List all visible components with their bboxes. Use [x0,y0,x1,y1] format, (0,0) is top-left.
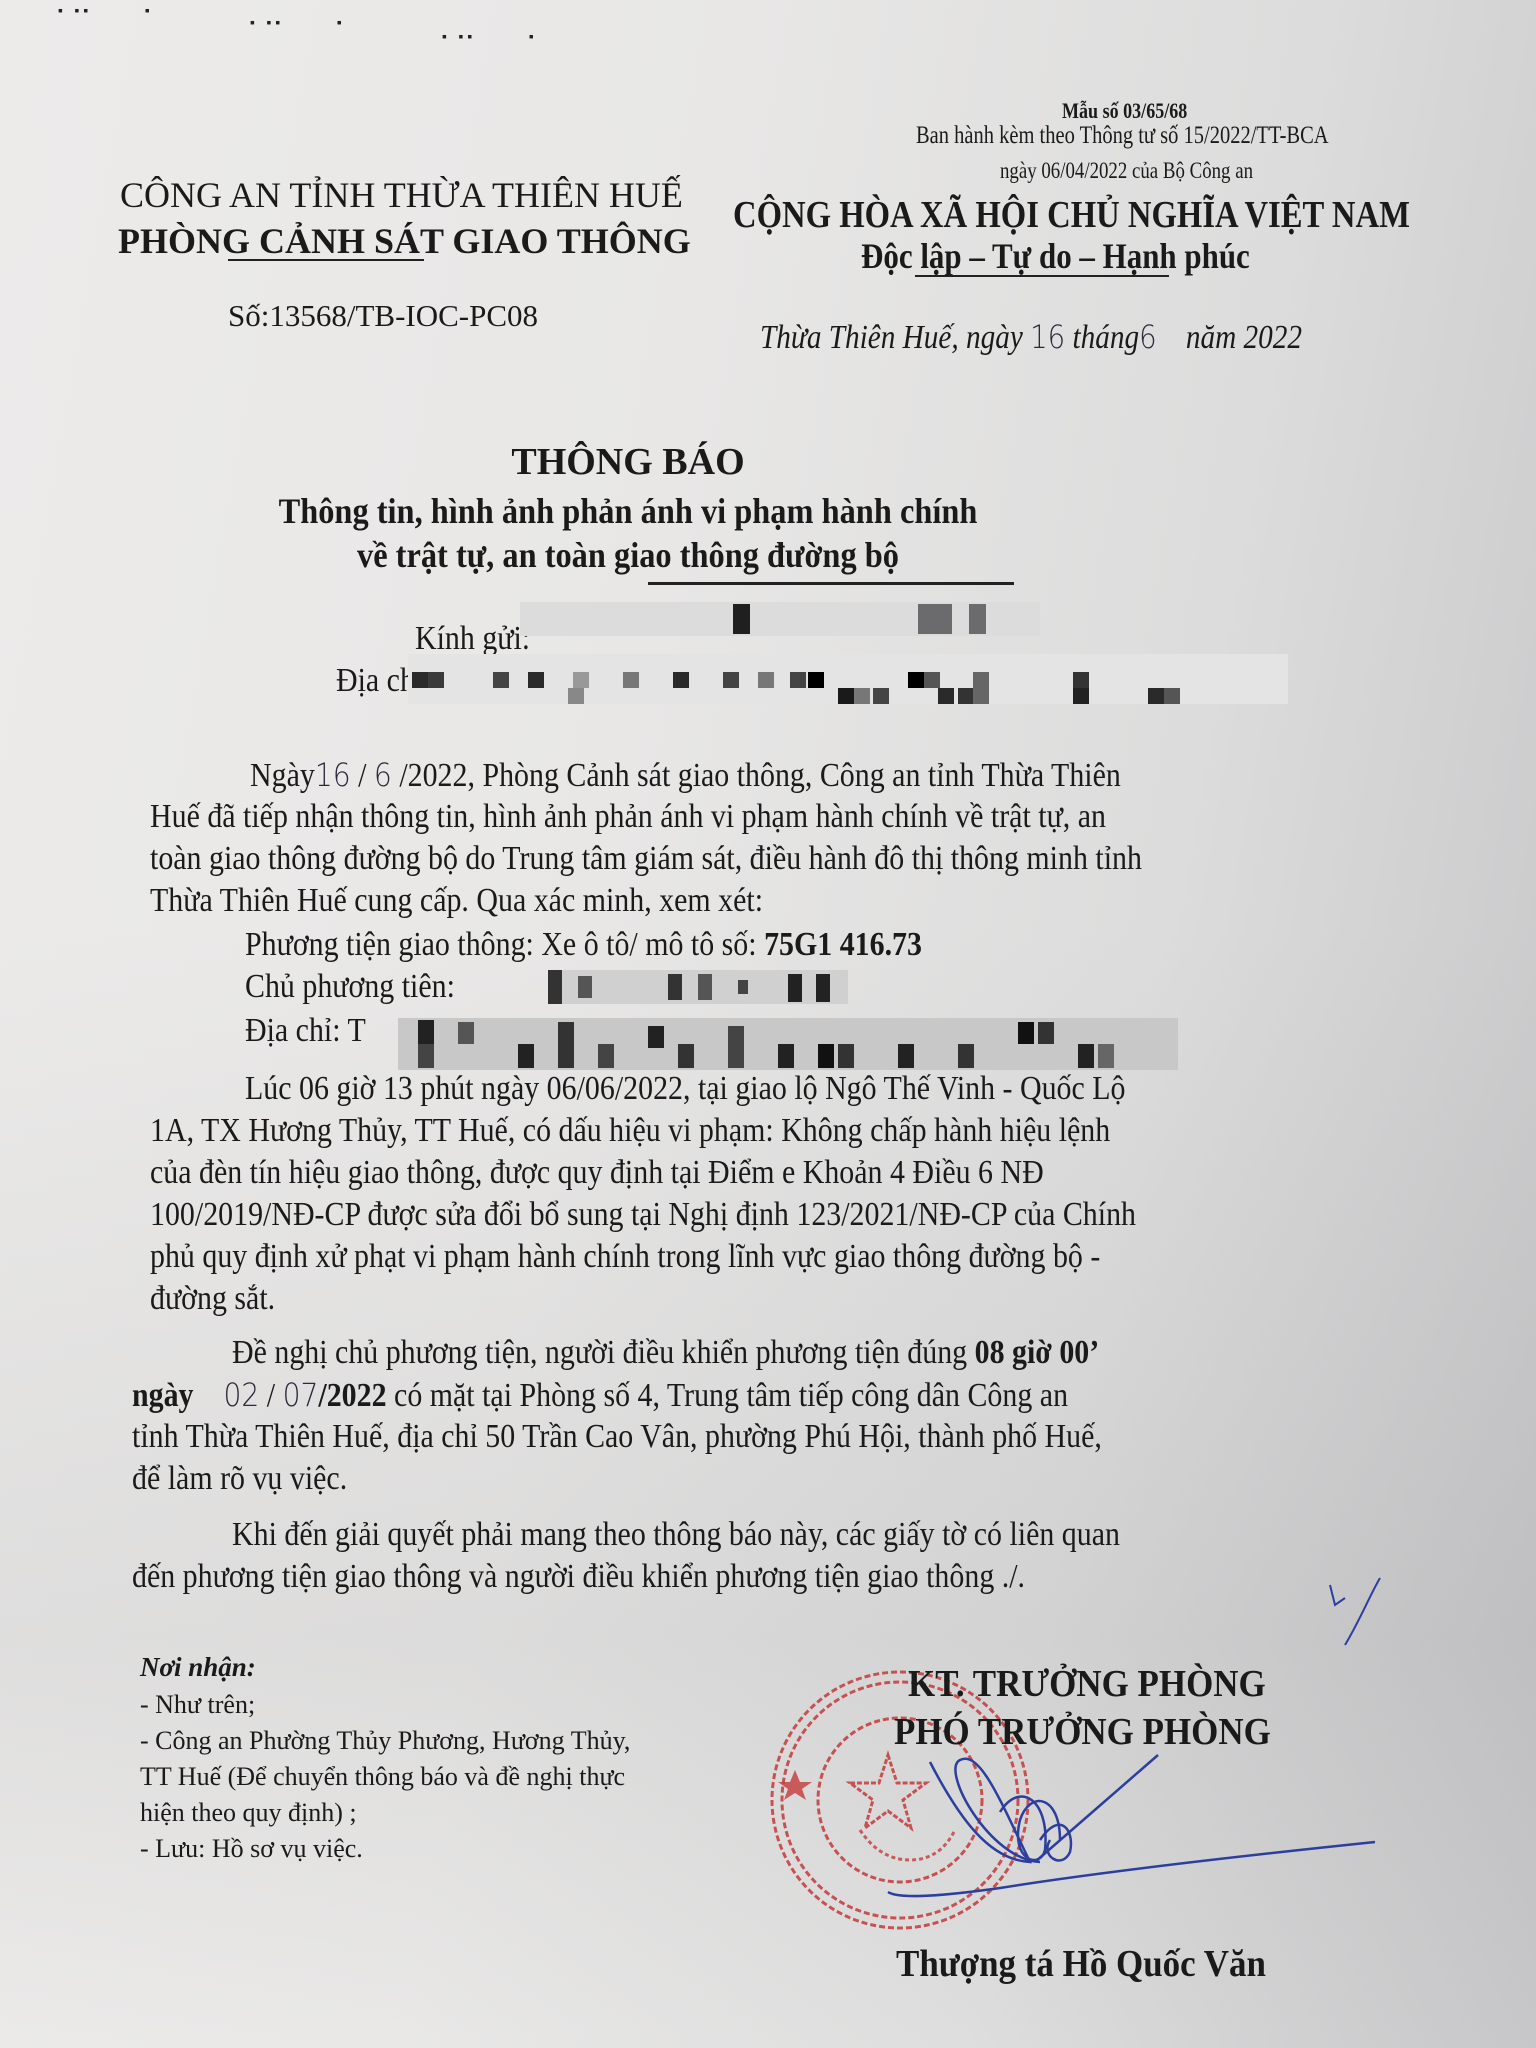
para2-line3: của đèn tín hiệu giao thông, được quy đị… [150,1154,1044,1192]
para3-line1: Đề nghị chủ phương tiện, người điều khiể… [232,1334,1099,1372]
print-marks: ▪ ▪▪ ▪ [442,30,538,46]
signer-title: PHÓ TRƯỞNG PHÒNG [894,1710,1271,1754]
para1-line3: toàn giao thông đường bộ do Trung tâm gi… [150,840,1142,878]
para2-line2: 1A, TX Hương Thủy, TT Huế, có dấu hiệu v… [150,1112,1110,1150]
handwritten-day: 16 [1030,318,1065,356]
para4-line2: đến phương tiện giao thông và người điều… [132,1558,1025,1596]
para3-line3: tỉnh Thừa Thiên Huế, địa chỉ 50 Trần Cao… [132,1418,1102,1456]
vehicle-line: Phương tiện giao thông: Xe ô tô/ mô tô s… [245,926,922,964]
title-underline [648,582,1014,585]
para1-line1: Ngày16 / 6 /2022, Phòng Cảnh sát giao th… [250,756,1121,795]
motto: Độc lập – Tự do – Hạnh phúc [861,235,1250,277]
vehicle-label: Phương tiện giao thông: Xe ô tô/ mô tô s… [245,926,764,963]
place-date: Thừa Thiên Huế, ngày 16 tháng6 năm 2022 [760,318,1302,357]
redacted-owner-name [548,970,848,1004]
form-issued-line2: ngày 06/04/2022 của Bộ Công an [1000,158,1253,184]
para2-line4: 100/2019/NĐ-CP được sửa đổi bổ sung tại … [150,1196,1136,1234]
motto-underline [915,275,1169,277]
handwritten-day: 16 [315,756,351,794]
owner-label: Chủ phương tiên: [245,968,455,1006]
signer-authority: KT. TRƯỞNG PHÒNG [908,1662,1266,1706]
redacted-recipient-name [520,602,1040,636]
para3-line1-text: Đề nghị chủ phương tiện, người điều khiể… [232,1334,975,1371]
para2-line6: đường sắt. [150,1280,275,1318]
document-subtitle-2: về trật tự, an toàn giao thông đường bộ [0,534,1319,576]
para1-line4: Thừa Thiên Huế cung cấp. Qua xác minh, x… [150,882,763,920]
print-marks: ▪ ▪▪ ▪ [58,4,154,20]
date-prefix: Ngày [250,757,315,794]
handwritten-month: 6 [1139,318,1157,356]
para3-line4: để làm rõ vụ việc. [132,1460,347,1498]
handwritten-appointment-day: 02 [223,1376,259,1414]
document-number: Số:13568/TB-IOC-PC08 [228,298,538,334]
form-number: Mẫu số 03/65/68 [1062,98,1187,124]
para2-line1: Lúc 06 giờ 13 phút ngày 06/06/2022, tại … [245,1070,1125,1108]
recipient-item: - Như trên; [140,1690,255,1720]
para1-line1-rest: /2022, Phòng Cảnh sát giao thông, Công a… [392,757,1121,794]
appointment-year: /2022 [318,1377,386,1414]
para3-line2: ngày 02 / 07/2022 có mặt tại Phòng số 4,… [132,1376,1068,1415]
signer-name: Thượng tá Hồ Quốc Văn [896,1942,1266,1986]
document-subtitle-1: Thông tin, hình ảnh phản ánh vi phạm hàn… [0,490,1319,532]
recipient-item: hiện theo quy định) ; [140,1798,357,1828]
date-separator: / [259,1377,282,1414]
redacted-recipient-address [408,654,1288,704]
handwritten-appointment-month: 07 [283,1376,319,1414]
document-title: THÔNG BÁO [0,440,1396,484]
para3-line2-rest: có mặt tại Phòng số 4, Trung tâm tiếp cô… [387,1377,1068,1414]
recipient-item: - Lưu: Hồ sơ vụ việc. [140,1834,363,1864]
agency-parent: CÔNG AN TỈNH THỪA THIÊN HUẾ [120,174,683,216]
recipient-label: Kính gửi: [415,620,530,658]
date-separator: / [351,757,374,794]
recipients-title: Nơi nhận: [140,1652,256,1683]
redacted-owner-address [398,1018,1178,1070]
owner-address-label: Địa chỉ: T [245,1012,366,1050]
year-label: năm 2022 [1186,319,1302,356]
agency-name: PHÒNG CẢNH SÁT GIAO THÔNG [118,220,691,262]
recipient-item: TT Huế (Để chuyển thông báo và đề nghị t… [140,1762,625,1792]
para1-line2: Huế đã tiếp nhận thông tin, hình ảnh phả… [150,798,1106,836]
appointment-day-label: ngày [132,1377,194,1414]
para2-line5: phủ quy định xử phạt vi phạm hành chính … [150,1238,1100,1276]
print-marks: ▪ ▪▪ ▪ [250,16,346,32]
form-issued-line1: Ban hành kèm theo Thông tư số 15/2022/TT… [916,122,1329,150]
appointment-time: 08 giờ 00’ [975,1334,1100,1371]
nation-title: CỘNG HÒA XÃ HỘI CHỦ NGHĨA VIỆT NAM [733,193,1410,237]
agency-underline [228,259,424,261]
place-date-prefix: Thừa Thiên Huế, ngày [760,319,1030,356]
month-label: tháng [1065,319,1139,356]
vehicle-plate: 75G1 416.73 [764,926,922,963]
para4-line1: Khi đến giải quyết phải mang theo thông … [232,1516,1120,1554]
recipient-item: - Công an Phường Thủy Phương, Hương Thủy… [140,1726,630,1756]
handwritten-month: 6 [374,756,392,794]
